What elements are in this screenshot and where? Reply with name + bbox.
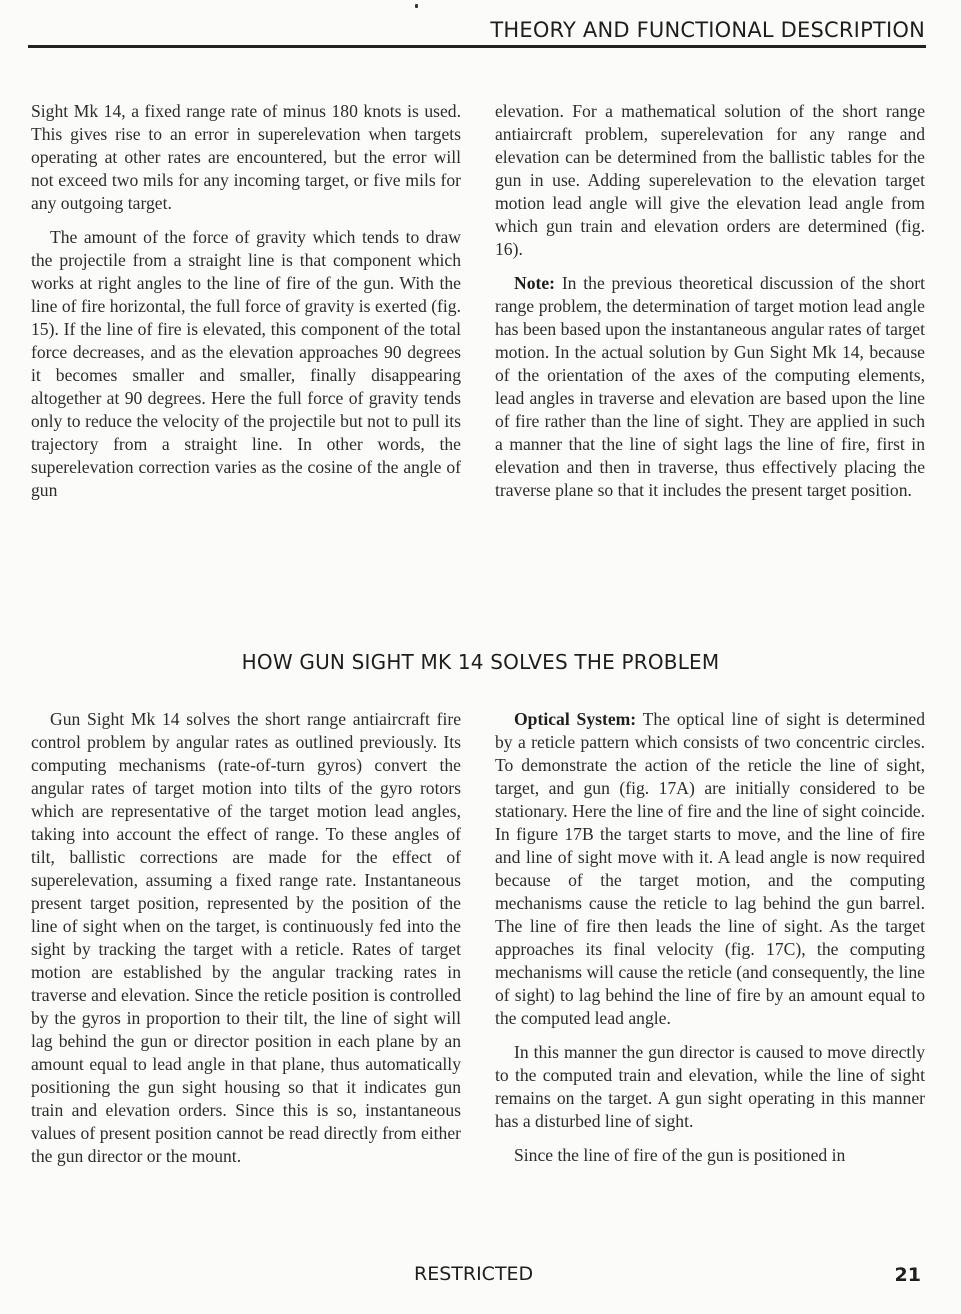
section-heading: HOW GUN SIGHT MK 14 SOLVES THE PROBLEM — [0, 650, 961, 674]
note-label: Note: — [514, 273, 555, 293]
optical-system-text: The optical line of sight is determined … — [495, 709, 925, 1028]
header-rule — [28, 45, 926, 48]
note-text: In the previous theoretical discussion o… — [495, 273, 925, 500]
paragraph: elevation. For a mathematical solution o… — [495, 100, 925, 261]
paragraph: Since the line of fire of the gun is pos… — [495, 1144, 925, 1167]
note-paragraph: Note: In the previous theoretical discus… — [495, 272, 925, 502]
optical-system-paragraph: Optical System: The optical line of sigh… — [495, 708, 925, 1030]
paragraph: The amount of the force of gravity which… — [31, 226, 461, 502]
running-header-title: THEORY AND FUNCTIONAL DESCRIPTION — [490, 18, 925, 42]
classification-label: RESTRICTED — [414, 1263, 533, 1285]
paragraph: In this manner the gun director is cause… — [495, 1041, 925, 1133]
top-left-column: Sight Mk 14, a fixed range rate of minus… — [31, 100, 461, 513]
scan-speck — [415, 4, 418, 8]
top-right-column: elevation. For a mathematical solution o… — [495, 100, 925, 513]
bottom-left-column: Gun Sight Mk 14 solves the short range a… — [31, 708, 461, 1179]
page-number: 21 — [895, 1264, 921, 1286]
optical-system-label: Optical System: — [514, 709, 636, 729]
paragraph: Gun Sight Mk 14 solves the short range a… — [31, 708, 461, 1168]
paragraph: Sight Mk 14, a fixed range rate of minus… — [31, 100, 461, 215]
bottom-right-column: Optical System: The optical line of sigh… — [495, 708, 925, 1178]
